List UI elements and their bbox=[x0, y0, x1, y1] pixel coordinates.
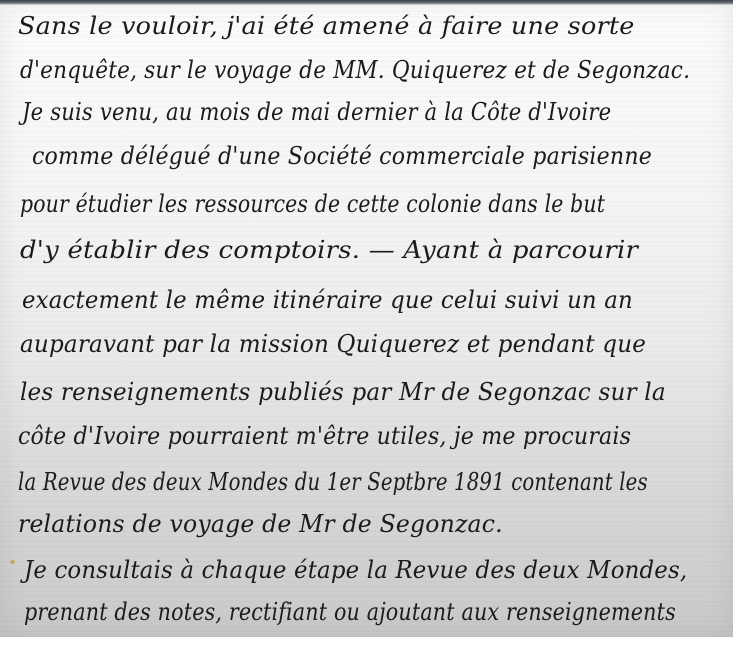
text-line-3: Je suis venu, au mois de mai dernier à l… bbox=[22, 98, 611, 126]
scan-bottom-margin bbox=[0, 637, 739, 650]
text-line-4: comme délégué d'une Société commerciale … bbox=[32, 142, 652, 170]
text-line-7: exactement le même itinéraire que celui … bbox=[22, 286, 633, 314]
text-line-1: Sans le vouloir, j'ai été amené à faire … bbox=[18, 12, 635, 40]
text-line-10: côte d'Ivoire pourraient m'être utiles, … bbox=[18, 422, 631, 450]
text-line-11: la Revue des deux Mondes du 1er Septbre … bbox=[18, 468, 648, 496]
scan-right-margin bbox=[733, 0, 739, 650]
paper-stain bbox=[10, 560, 15, 564]
text-line-8: auparavant par la mission Quiquerez et p… bbox=[20, 330, 646, 358]
handwritten-text-block: Sans le vouloir, j'ai été amené à faire … bbox=[0, 0, 733, 637]
text-line-13: Je consultais à chaque étape la Revue de… bbox=[24, 556, 687, 584]
text-line-2: d'enquête, sur le voyage de MM. Quiquere… bbox=[20, 56, 690, 84]
letter-page: Sans le vouloir, j'ai été amené à faire … bbox=[0, 0, 733, 637]
text-line-6: d'y établir des comptoirs. — Ayant à par… bbox=[20, 236, 638, 264]
text-line-12: relations de voyage de Mr de Segonzac. bbox=[18, 510, 503, 538]
text-line-14: prenant des notes, rectifiant ou ajoutan… bbox=[24, 598, 676, 626]
scan-top-edge bbox=[0, 0, 739, 5]
text-line-5: pour étudier les ressources de cette col… bbox=[20, 190, 605, 218]
text-line-9: les renseignements publiés par Mr de Seg… bbox=[20, 378, 666, 406]
